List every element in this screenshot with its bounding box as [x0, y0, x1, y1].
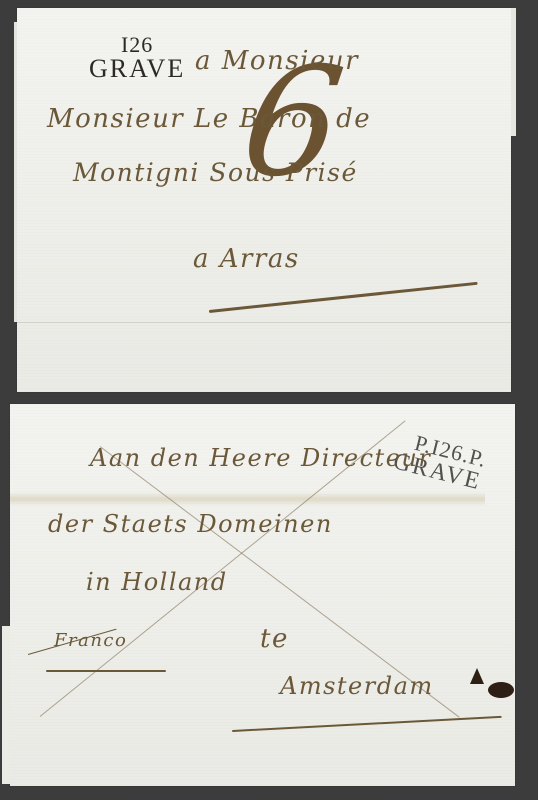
address-line-3: in Holland [86, 568, 228, 596]
fold-stain [10, 492, 485, 506]
front-cover: I26 GRAVE 6 a Monsieur Monsieur Le Baron… [17, 8, 511, 392]
front-cover-fold-left [14, 22, 17, 322]
franco-underline [46, 670, 166, 672]
front-cover-fold-line [17, 322, 511, 323]
address-line-5: Amsterdam [280, 672, 434, 700]
address-line-3: Montigni Sous Prisé [73, 158, 358, 187]
wax-seal-blot [488, 682, 514, 698]
address-line-4: te [260, 624, 289, 654]
address-line-2: Monsieur Le Baron de [47, 104, 371, 134]
franco-mark: Franco [54, 630, 127, 651]
address-line-2: der Staets Domeinen [48, 510, 333, 538]
address-line-1: a Monsieur [195, 46, 359, 76]
address-line-1: Aan den Heere Directeur [90, 444, 431, 472]
back-cover-fold-left [2, 626, 10, 784]
front-cover-fold-right [511, 8, 516, 136]
address-line-4: a Arras [193, 244, 300, 274]
wax-seal-tip [470, 668, 484, 684]
postmark-town: GRAVE [89, 56, 185, 82]
underline-stroke [209, 282, 478, 313]
address-underline [232, 716, 502, 732]
postmark-number: I26 [89, 34, 185, 56]
grave-postmark: I26 GRAVE [89, 34, 185, 82]
back-cover: P.I26.P. GRAVE Aan den Heere Directeur d… [10, 404, 515, 786]
